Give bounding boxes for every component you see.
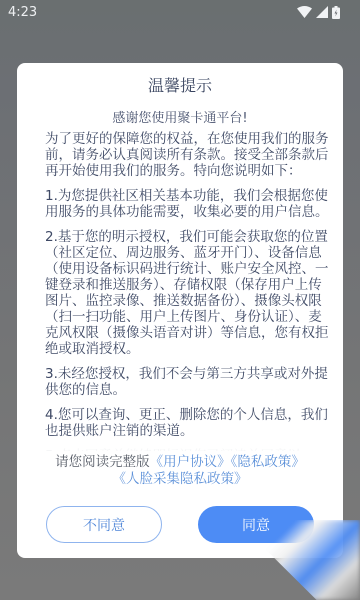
terms-paragraph-intro: 为了更好的保障您的权益，在您使用我们的服务前，请务必认真阅读所有条款。接受全部条…	[45, 131, 329, 179]
user-agreement-link[interactable]: 《用户协议》	[150, 454, 231, 470]
disagree-button[interactable]: 不同意	[46, 506, 162, 543]
dialog-title: 温馨提示	[17, 73, 343, 96]
scroll-fade	[45, 437, 329, 451]
terms-paragraph-4: 4.您可以查询、更正、删除您的个人信息，我们也提供账户注销的渠道。	[45, 407, 329, 439]
links-prefix: 请您阅读完整版	[55, 454, 150, 470]
status-icons	[297, 6, 340, 19]
wifi-icon	[297, 6, 312, 18]
terms-paragraph-1: 1.为您提供社区相关基本功能，我们会根据您使用服务的具体功能需要，收集必要的用户…	[45, 188, 329, 220]
privacy-policy-link[interactable]: 《隐私政策》	[231, 454, 305, 470]
dialog-subtitle: 感谢您使用聚卡通平台!	[17, 107, 343, 126]
battery-charging-icon	[332, 6, 340, 19]
status-time: 4:23	[8, 5, 37, 20]
agree-button[interactable]: 同意	[198, 506, 314, 543]
terms-scroll-area[interactable]: 为了更好的保障您的权益，在您使用我们的服务前，请务必认真阅读所有条款。接受全部条…	[45, 131, 329, 451]
terms-paragraph-2: 2.基于您的明示授权，我们可能会获取您的位置（社区定位、周边服务、蓝牙开门）、设…	[45, 229, 329, 357]
privacy-dialog: 温馨提示 感谢您使用聚卡通平台! 为了更好的保障您的权益，在您使用我们的服务前，…	[17, 63, 343, 558]
cellular-signal-icon	[316, 6, 328, 18]
face-privacy-policy-link[interactable]: 《人脸采集隐私政策》	[113, 471, 248, 487]
agreement-links: 请您阅读完整版《用户协议》《隐私政策》 《人脸采集隐私政策》	[17, 454, 343, 488]
terms-paragraph-3: 3.未经您授权，我们不会与第三方共享或对外提供您的信息。	[45, 366, 329, 398]
status-bar: 4:23	[0, 0, 360, 24]
